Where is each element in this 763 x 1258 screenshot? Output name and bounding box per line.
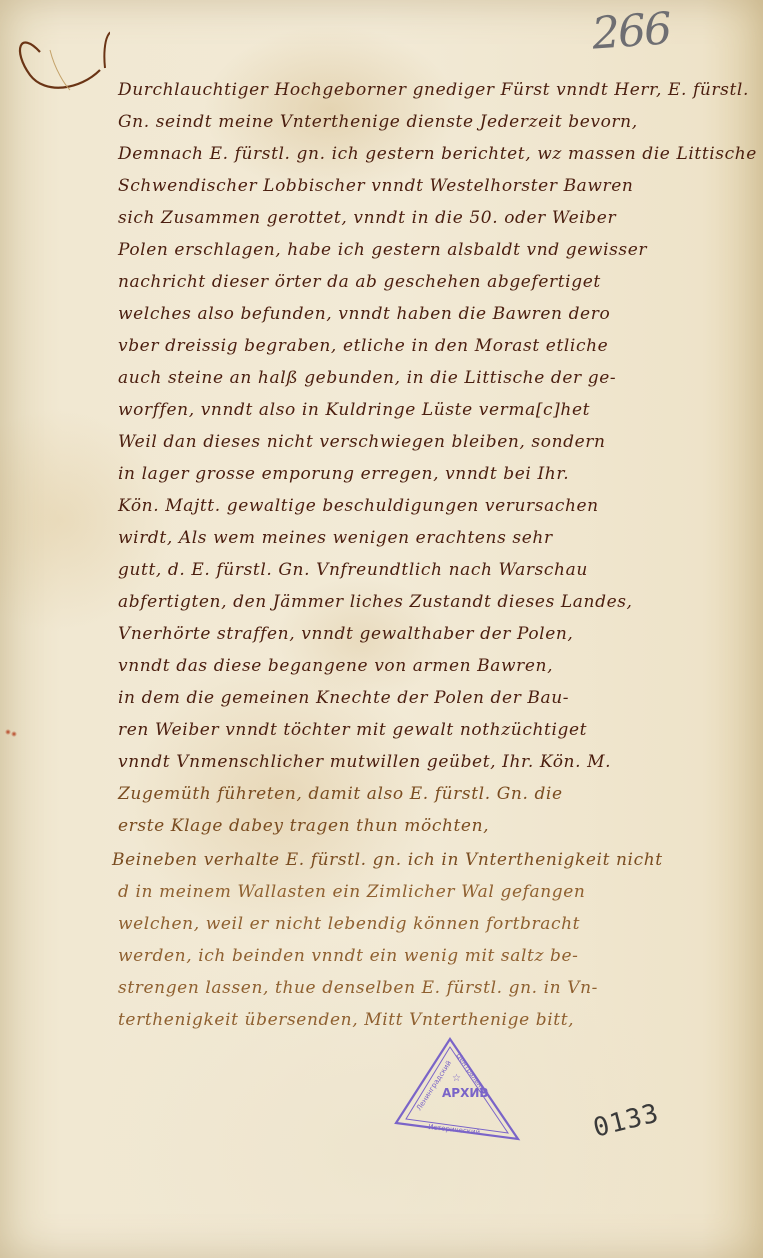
text-line: Beineben verhalte E. fürstl. gn. ich in … [112,850,663,870]
manuscript-page: 266 Durchlauchtiger Hochgeborner gnedige… [0,0,763,1258]
text-line: welches also befunden, vnndt haben die B… [118,304,610,324]
text-line: werden, ich beinden vnndt ein wenig mit … [118,946,579,966]
folio-number: 266 [590,3,671,59]
text-line: vnndt Vnmenschlicher mutwillen geübet, I… [118,752,611,772]
red-margin-mark [4,728,18,758]
text-line: d in meinem Wallasten ein Zimlicher Wal … [118,882,585,902]
text-line: sich Zusammen gerottet, vnndt in die 50.… [118,208,616,228]
text-line: Gn. seindt meine Vnterthenige dienste Je… [118,112,638,132]
text-line: worffen, vnndt also in Kuldringe Lüste v… [118,400,590,420]
text-line: Schwendischer Lobbischer vnndt Westelhor… [118,176,633,196]
stamp-center-text: АРХИВ [442,1086,489,1100]
text-line: strengen lassen, thue denselben E. fürst… [118,978,598,998]
archive-number: 0133 [590,1098,662,1143]
stamp-bottom-text: Исторический [428,1123,481,1136]
text-line: Zugemüth führeten, damit also E. fürstl.… [118,784,563,804]
text-line: auch steine an halß gebunden, in die Lit… [118,368,616,388]
text-line: ren Weiber vnndt töchter mit gewalt noth… [118,720,587,740]
text-line: erste Klage dabey tragen thun möchten, [118,816,489,836]
text-line: Demnach E. fürstl. gn. ich gestern beric… [118,144,757,164]
text-line: Polen erschlagen, habe ich gestern alsba… [118,240,647,260]
text-line: Kön. Majtt. gewaltige beschuldigungen ve… [118,496,599,516]
text-line: in dem die gemeinen Knechte der Polen de… [118,688,569,708]
text-line: abfertigten, den Jämmer liches Zustandt … [118,592,633,612]
text-line: Durchlauchtiger Hochgeborner gnediger Fü… [118,80,749,100]
text-line: wirdt, Als wem meines wenigen erachtens … [118,528,553,548]
star-icon: ☆ [452,1073,461,1084]
text-line: Vnerhörte straffen, vnndt gewalthaber de… [118,624,573,644]
text-line: nachricht dieser örter da ab geschehen a… [118,272,601,292]
text-line: vnndt das diese begangene von armen Bawr… [118,656,553,676]
archive-stamp: Ленинградский Центральный АРХИВ Историче… [392,1035,522,1145]
text-line: Weil dan dieses nicht verschwiegen bleib… [118,432,606,452]
text-line: in lager grosse emporung erregen, vnndt … [118,464,569,484]
text-line: welchen, weil er nicht lebendig können f… [118,914,580,934]
text-line: terthenigkeit übersenden, Mitt Vnterthen… [118,1010,574,1030]
text-line: vber dreissig begraben, etliche in den M… [118,336,608,356]
decorated-initial-d [10,10,110,110]
text-line: gutt, d. E. fürstl. Gn. Vnfreundtlich na… [118,560,588,580]
